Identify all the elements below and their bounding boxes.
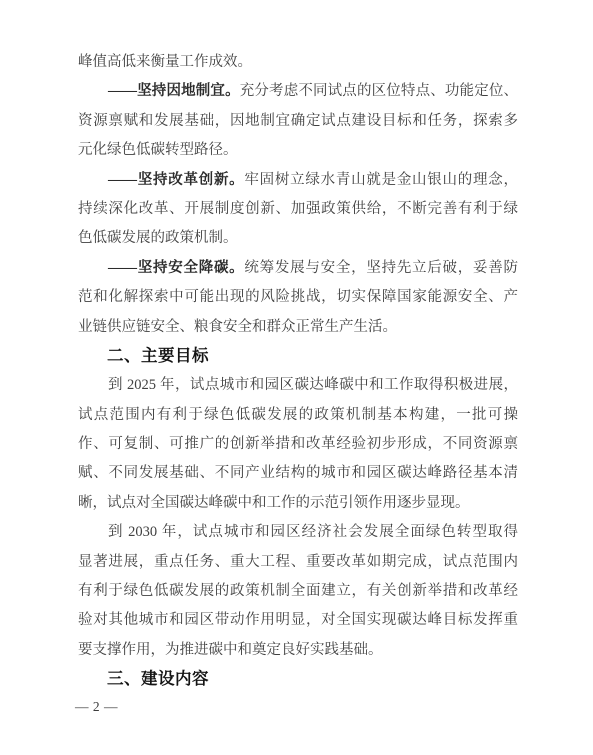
text-column: 峰值高低来衡量工作成效。 ——坚持因地制宜。充分考虑不同试点的区位特点、功能定位… (78, 48, 518, 695)
body-text-line: 赋、不同发展基础、不同产业结构的城市和园区碳达峰路径基本清 (78, 459, 518, 488)
body-text-line: 试点范围内有利于绿色低碳发展的政策机制基本构建，一批可操 (78, 401, 518, 430)
body-text-line: 要支撑作用，为推进碳中和奠定良好实践基础。 (78, 636, 518, 665)
paragraph-text: 充分考虑不同试点的区位特点、功能定位、 (240, 83, 518, 99)
body-text-line: 有利于绿色低碳发展的政策机制全面建立，有关创新举措和改革经 (78, 577, 518, 606)
body-text-line: 作、可复制、可推广的创新举措和改革经验初步形成，不同资源禀 (78, 430, 518, 459)
paragraph-text: 牢固树立绿水青山就是金山银山的理念， (244, 172, 518, 188)
document-page: 峰值高低来衡量工作成效。 ——坚持因地制宜。充分考虑不同试点的区位特点、功能定位… (0, 0, 593, 755)
body-text-line: 显著进展，重点任务、重大工程、重要改革如期完成，试点范围内 (78, 548, 518, 577)
body-text-line: 峰值高低来衡量工作成效。 (78, 48, 518, 77)
dash-paragraph-first-line: ——坚持改革创新。牢固树立绿水青山就是金山银山的理念， (78, 166, 518, 195)
section-heading-construction-content: 三、建设内容 (78, 665, 518, 694)
body-text-line: 验对其他城市和园区带动作用明显，对全国实现碳达峰目标发挥重 (78, 606, 518, 635)
body-text-line: 业链供应链安全、粮食安全和群众正常生产生活。 (78, 313, 518, 342)
dash-paragraph-first-line: ——坚持因地制宜。充分考虑不同试点的区位特点、功能定位、 (78, 77, 518, 106)
paragraph-lead-bold: ——坚持安全降碳。 (108, 260, 244, 276)
paragraph-first-line: 到 2025 年，试点城市和园区碳达峰碳中和工作取得积极进展， (78, 371, 518, 400)
paragraph-first-line: 到 2030 年，试点城市和园区经济社会发展全面绿色转型取得 (78, 518, 518, 547)
body-text-line: 范和化解探索中可能出现的风险挑战，切实保障国家能源安全、产 (78, 283, 518, 312)
body-text-line: 元化绿色低碳转型路径。 (78, 136, 518, 165)
page-number: — 2 — (75, 699, 118, 715)
body-text-line: 持续深化改革、开展制度创新、加强政策供给，不断完善有利于绿 (78, 195, 518, 224)
body-text-line: 晰，试点对全国碳达峰碳中和工作的示范引领作用逐步显现。 (78, 489, 518, 518)
paragraph-lead-bold: ——坚持因地制宜。 (108, 83, 240, 99)
paragraph-text: 统筹发展与安全，坚持先立后破，妥善防 (244, 260, 518, 276)
section-heading-main-goals: 二、主要目标 (78, 342, 518, 371)
paragraph-lead-bold: ——坚持改革创新。 (108, 172, 244, 188)
dash-paragraph-first-line: ——坚持安全降碳。统筹发展与安全，坚持先立后破，妥善防 (78, 254, 518, 283)
body-text-line: 资源禀赋和发展基础，因地制宜确定试点建设目标和任务，探索多 (78, 107, 518, 136)
body-text-line: 色低碳发展的政策机制。 (78, 224, 518, 253)
